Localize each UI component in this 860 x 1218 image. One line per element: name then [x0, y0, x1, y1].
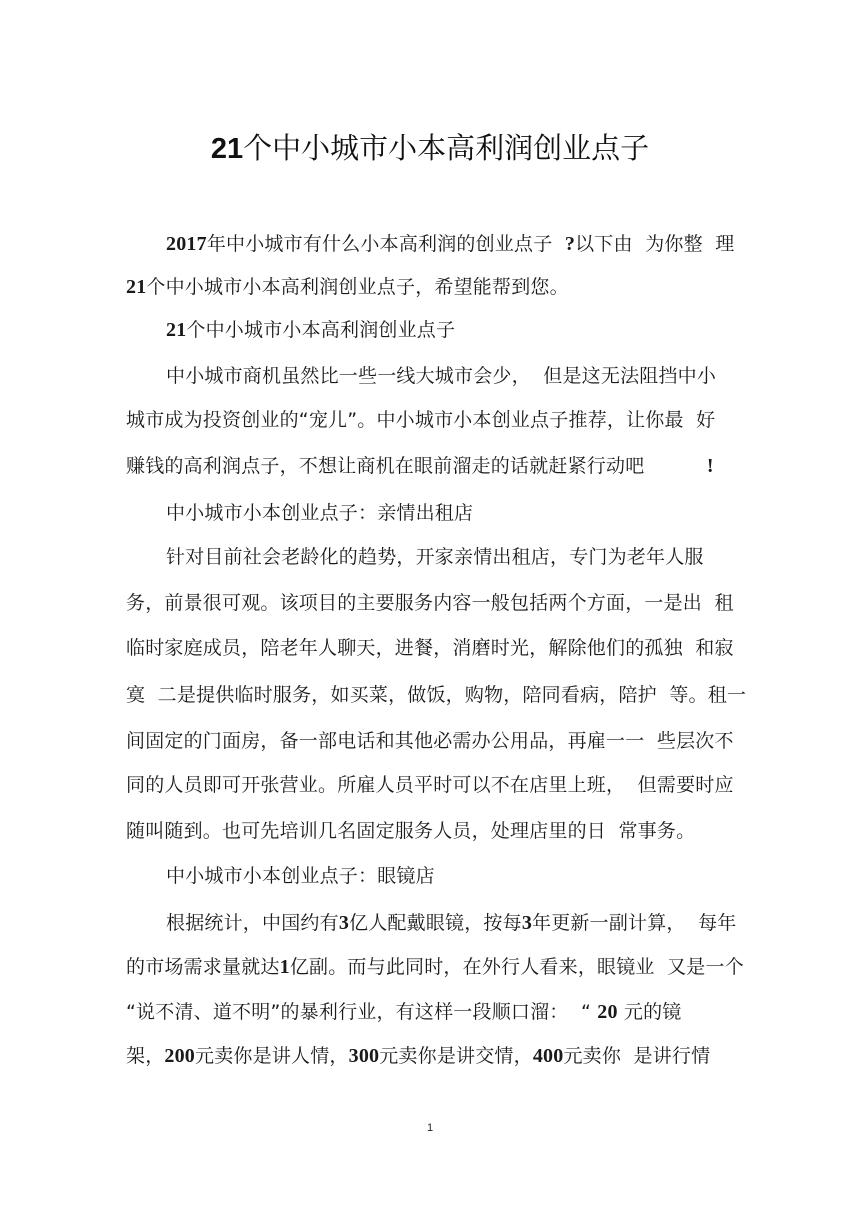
- text-span: 务，前景很可观。该项目的主要服务内容一般包括两个方面，一是出 租: [126, 592, 734, 614]
- text-line: 21个中小城市小本高利润创业点子: [166, 316, 455, 344]
- text-line: 的市场需求量就达1亿副。而与此同时，在外行人看来，眼镜业 又是一个: [126, 953, 744, 981]
- title-text: 个中小城市小本高利润创业点子: [243, 131, 649, 165]
- numeral-span: 2017: [166, 233, 207, 255]
- text-span: 中小城市小本创业点子：亲情出租店: [166, 502, 473, 524]
- text-line: 寞 二是提供临时服务，如买菜，做饭，购物，陪同看病，陪护 等。租一: [126, 681, 746, 709]
- document-page: 21个中小城市小本高利润创业点子 2017年中小城市有什么小本高利润的创业点子 …: [0, 0, 860, 1218]
- text-span: 城市成为投资创业的“宠儿”。中小城市小本创业点子推荐，让你最 好: [126, 409, 715, 431]
- text-span: “说不清、道不明”的暴利行业，有这样一段顺口溜： “: [126, 1001, 597, 1023]
- text-line: 21个中小城市小本高利润创业点子，希望能帮到您。: [126, 273, 569, 301]
- text-line: 中小城市小本创业点子：眼镜店: [166, 862, 435, 890]
- numeral-span: 20: [597, 1001, 617, 1023]
- text-span: 随叫随到。也可先培训几名固定服务人员，处理店里的日 常事务。: [126, 820, 695, 842]
- text-span: 元卖你 是讲行情: [563, 1045, 710, 1067]
- page-number: 1: [0, 1122, 860, 1134]
- numeral-span: ?: [565, 233, 575, 255]
- numeral-span: 3: [339, 912, 349, 934]
- text-span: 元卖你是讲交情，: [379, 1045, 533, 1067]
- text-span: 年中小城市有什么小本高利润的创业点子: [207, 233, 565, 255]
- numeral-span: 200: [164, 1045, 195, 1067]
- text-span: 中小城市商机虽然比一些一线大城市会少， 但是这无法阻挡中小: [166, 365, 716, 387]
- text-line: “说不清、道不明”的暴利行业，有这样一段顺口溜： “ 20 元的镜: [126, 998, 682, 1026]
- text-line: 务，前景很可观。该项目的主要服务内容一般包括两个方面，一是出 租: [126, 589, 734, 617]
- document-title: 21个中小城市小本高利润创业点子: [0, 126, 860, 171]
- text-line: 间固定的门面房，备一部电话和其他必需办公用品，再雇一一 些层次不: [126, 727, 734, 755]
- text-line: 随叫随到。也可先培训几名固定服务人员，处理店里的日 常事务。: [126, 817, 695, 845]
- numeral-span: 21: [166, 319, 186, 341]
- text-line: 中小城市商机虽然比一些一线大城市会少， 但是这无法阻挡中小: [166, 362, 716, 390]
- text-span: 亿副。而与此同时，在外行人看来，眼镜业 又是一个: [290, 956, 744, 978]
- text-span: 元卖你是讲人情，: [195, 1045, 349, 1067]
- text-span: 架，: [126, 1045, 164, 1067]
- numeral-span: !: [707, 455, 714, 477]
- text-line: 中小城市小本创业点子：亲情出租店: [166, 499, 473, 527]
- text-span: 间固定的门面房，备一部电话和其他必需办公用品，再雇一一 些层次不: [126, 730, 734, 752]
- text-span: 寞 二是提供临时服务，如买菜，做饭，购物，陪同看病，陪护 等。租一: [126, 684, 746, 706]
- text-span: 中小城市小本创业点子：眼镜店: [166, 865, 435, 887]
- text-line: 城市成为投资创业的“宠儿”。中小城市小本创业点子推荐，让你最 好: [126, 406, 715, 434]
- text-line: 针对目前社会老龄化的趋势，开家亲情出租店，专门为老年人服: [166, 543, 704, 571]
- numeral-span: 1: [280, 956, 290, 978]
- text-span: 年更新一副计算， 每年: [532, 912, 736, 934]
- text-line: 2017年中小城市有什么小本高利润的创业点子 ?以下由 为你整 理: [166, 230, 734, 258]
- text-line: 赚钱的高利润点子，不想让商机在眼前溜走的话就赶紧行动吧 !: [126, 452, 714, 480]
- text-line: 根据统计，中国约有3亿人配戴眼镜，按每3年更新一副计算， 每年: [166, 909, 737, 937]
- text-span: 临时家庭成员，陪老年人聊天，进餐，消磨时光，解除他们的孤独 和寂: [126, 637, 734, 659]
- numeral-span: 21: [126, 276, 146, 298]
- text-span: 亿人配戴眼镜，按每: [349, 912, 522, 934]
- numeral-span: 3: [522, 912, 532, 934]
- text-line: 临时家庭成员，陪老年人聊天，进餐，消磨时光，解除他们的孤独 和寂: [126, 634, 734, 662]
- text-span: 根据统计，中国约有: [166, 912, 339, 934]
- text-span: 元的镜: [618, 1001, 682, 1023]
- text-line: 架，200元卖你是讲人情，300元卖你是讲交情，400元卖你 是讲行情: [126, 1042, 710, 1070]
- text-span: 的市场需求量就达: [126, 956, 280, 978]
- text-span: 个中小城市小本高利润创业点子: [186, 319, 455, 341]
- text-span: 针对目前社会老龄化的趋势，开家亲情出租店，专门为老年人服: [166, 546, 704, 568]
- text-span: 赚钱的高利润点子，不想让商机在眼前溜走的话就赶紧行动吧: [126, 455, 707, 477]
- numeral-span: 400: [533, 1045, 564, 1067]
- text-line: 同的人员即可开张营业。所雇人员平时可以不在店里上班， 但需要时应: [126, 771, 734, 799]
- text-span: 同的人员即可开张营业。所雇人员平时可以不在店里上班， 但需要时应: [126, 774, 734, 796]
- text-span: 以下由 为你整 理: [575, 233, 734, 255]
- numeral-span: 300: [349, 1045, 380, 1067]
- title-number: 21: [211, 133, 243, 165]
- text-span: 个中小城市小本高利润创业点子，希望能帮到您。: [146, 276, 568, 298]
